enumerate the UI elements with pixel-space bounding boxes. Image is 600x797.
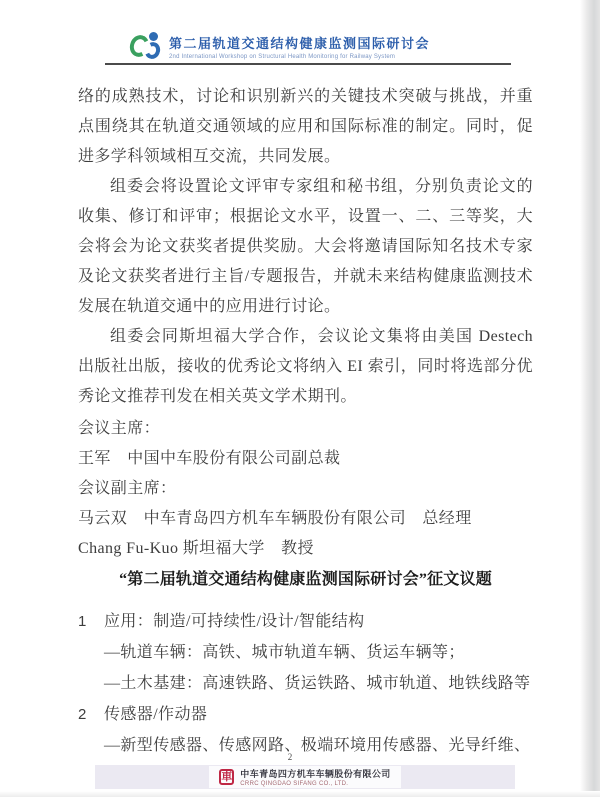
- paragraph: 组委会同斯坦福大学合作，会议论文集将由美国 Destech 出版社出版，接收的优…: [78, 322, 533, 412]
- header-titles: 第二届轨道交通结构健康监测国际研讨会 2nd International Wor…: [169, 33, 430, 60]
- topic-item: 2 传感器/作动器: [78, 699, 533, 730]
- logo-blue-dot: [149, 32, 158, 41]
- workshop-title-en: 2nd International Workshop on Structural…: [169, 54, 430, 60]
- call-for-papers-heading: “第二届轨道交通结构健康监测国际研讨会”征文议题: [78, 565, 533, 595]
- footer-company-names: 中车青岛四方机车车辆股份有限公司 CRRC QINGDAO SIFANG CO.…: [240, 767, 390, 787]
- crrc-logo-icon: 車: [219, 769, 234, 785]
- committee-vicechair-name-1: 马云双 中车青岛四方机车车辆股份有限公司 总经理: [78, 504, 533, 534]
- topic-number: 2: [78, 699, 104, 730]
- document-header: 第二届轨道交通结构健康监测国际研讨会 2nd International Wor…: [130, 32, 430, 60]
- topic-title: 应用：制造/可持续性/设计/智能结构: [104, 606, 533, 637]
- footer-company-name-cn: 中车青岛四方机车车辆股份有限公司: [240, 767, 390, 780]
- topic-subitem: —轨道车辆：高铁、城市轨道车辆、货运车辆等；: [78, 637, 533, 668]
- topics-list: 1 应用：制造/可持续性/设计/智能结构 —轨道车辆：高铁、城市轨道车辆、货运车…: [78, 606, 533, 761]
- footer-company-block: 車 中车青岛四方机车车辆股份有限公司 CRRC QINGDAO SIFANG C…: [209, 766, 400, 788]
- page-number: 2: [0, 752, 580, 762]
- scan-edge-shadow: [580, 0, 600, 797]
- committee-vicechair-name-2: Chang Fu-Kuo 斯坦福大学 教授: [78, 534, 533, 564]
- paragraph: 组委会将设置论文评审专家组和秘书组，分别负责论文的收集、修订和评审；根据论文水平…: [78, 172, 533, 322]
- committee-vicechair-label: 会议副主席：: [78, 474, 533, 504]
- topic-title: 传感器/作动器: [104, 699, 533, 730]
- footer-band: 車 中车青岛四方机车车辆股份有限公司 CRRC QINGDAO SIFANG C…: [95, 765, 515, 789]
- header-divider-line: [105, 63, 511, 65]
- topic-subitem: —土木基建：高速铁路、货运铁路、城市轨道、地铁线路等: [78, 668, 533, 699]
- paragraph: 络的成熟技术，讨论和识别新兴的关键技术突破与挑战，并重点围绕其在轨道交通领域的应…: [78, 82, 533, 172]
- topic-number: 1: [78, 606, 104, 637]
- committee-list: 会议主席： 王军 中国中车股份有限公司副总裁 会议副主席： 马云双 中车青岛四方…: [78, 414, 533, 564]
- committee-chair-label: 会议主席：: [78, 414, 533, 444]
- workshop-title-cn: 第二届轨道交通结构健康监测国际研讨会: [169, 33, 430, 52]
- committee-chair-name: 王军 中国中车股份有限公司副总裁: [78, 444, 533, 474]
- workshop-globe-logo-icon: [130, 32, 160, 60]
- topic-item: 1 应用：制造/可持续性/设计/智能结构: [78, 606, 533, 637]
- footer-company-name-en: CRRC QINGDAO SIFANG CO., LTD.: [240, 781, 390, 787]
- scan-edge-shadow-bottom: [0, 791, 600, 797]
- page-content: 络的成熟技术，讨论和识别新兴的关键技术突破与挑战，并重点围绕其在轨道交通领域的应…: [78, 82, 533, 761]
